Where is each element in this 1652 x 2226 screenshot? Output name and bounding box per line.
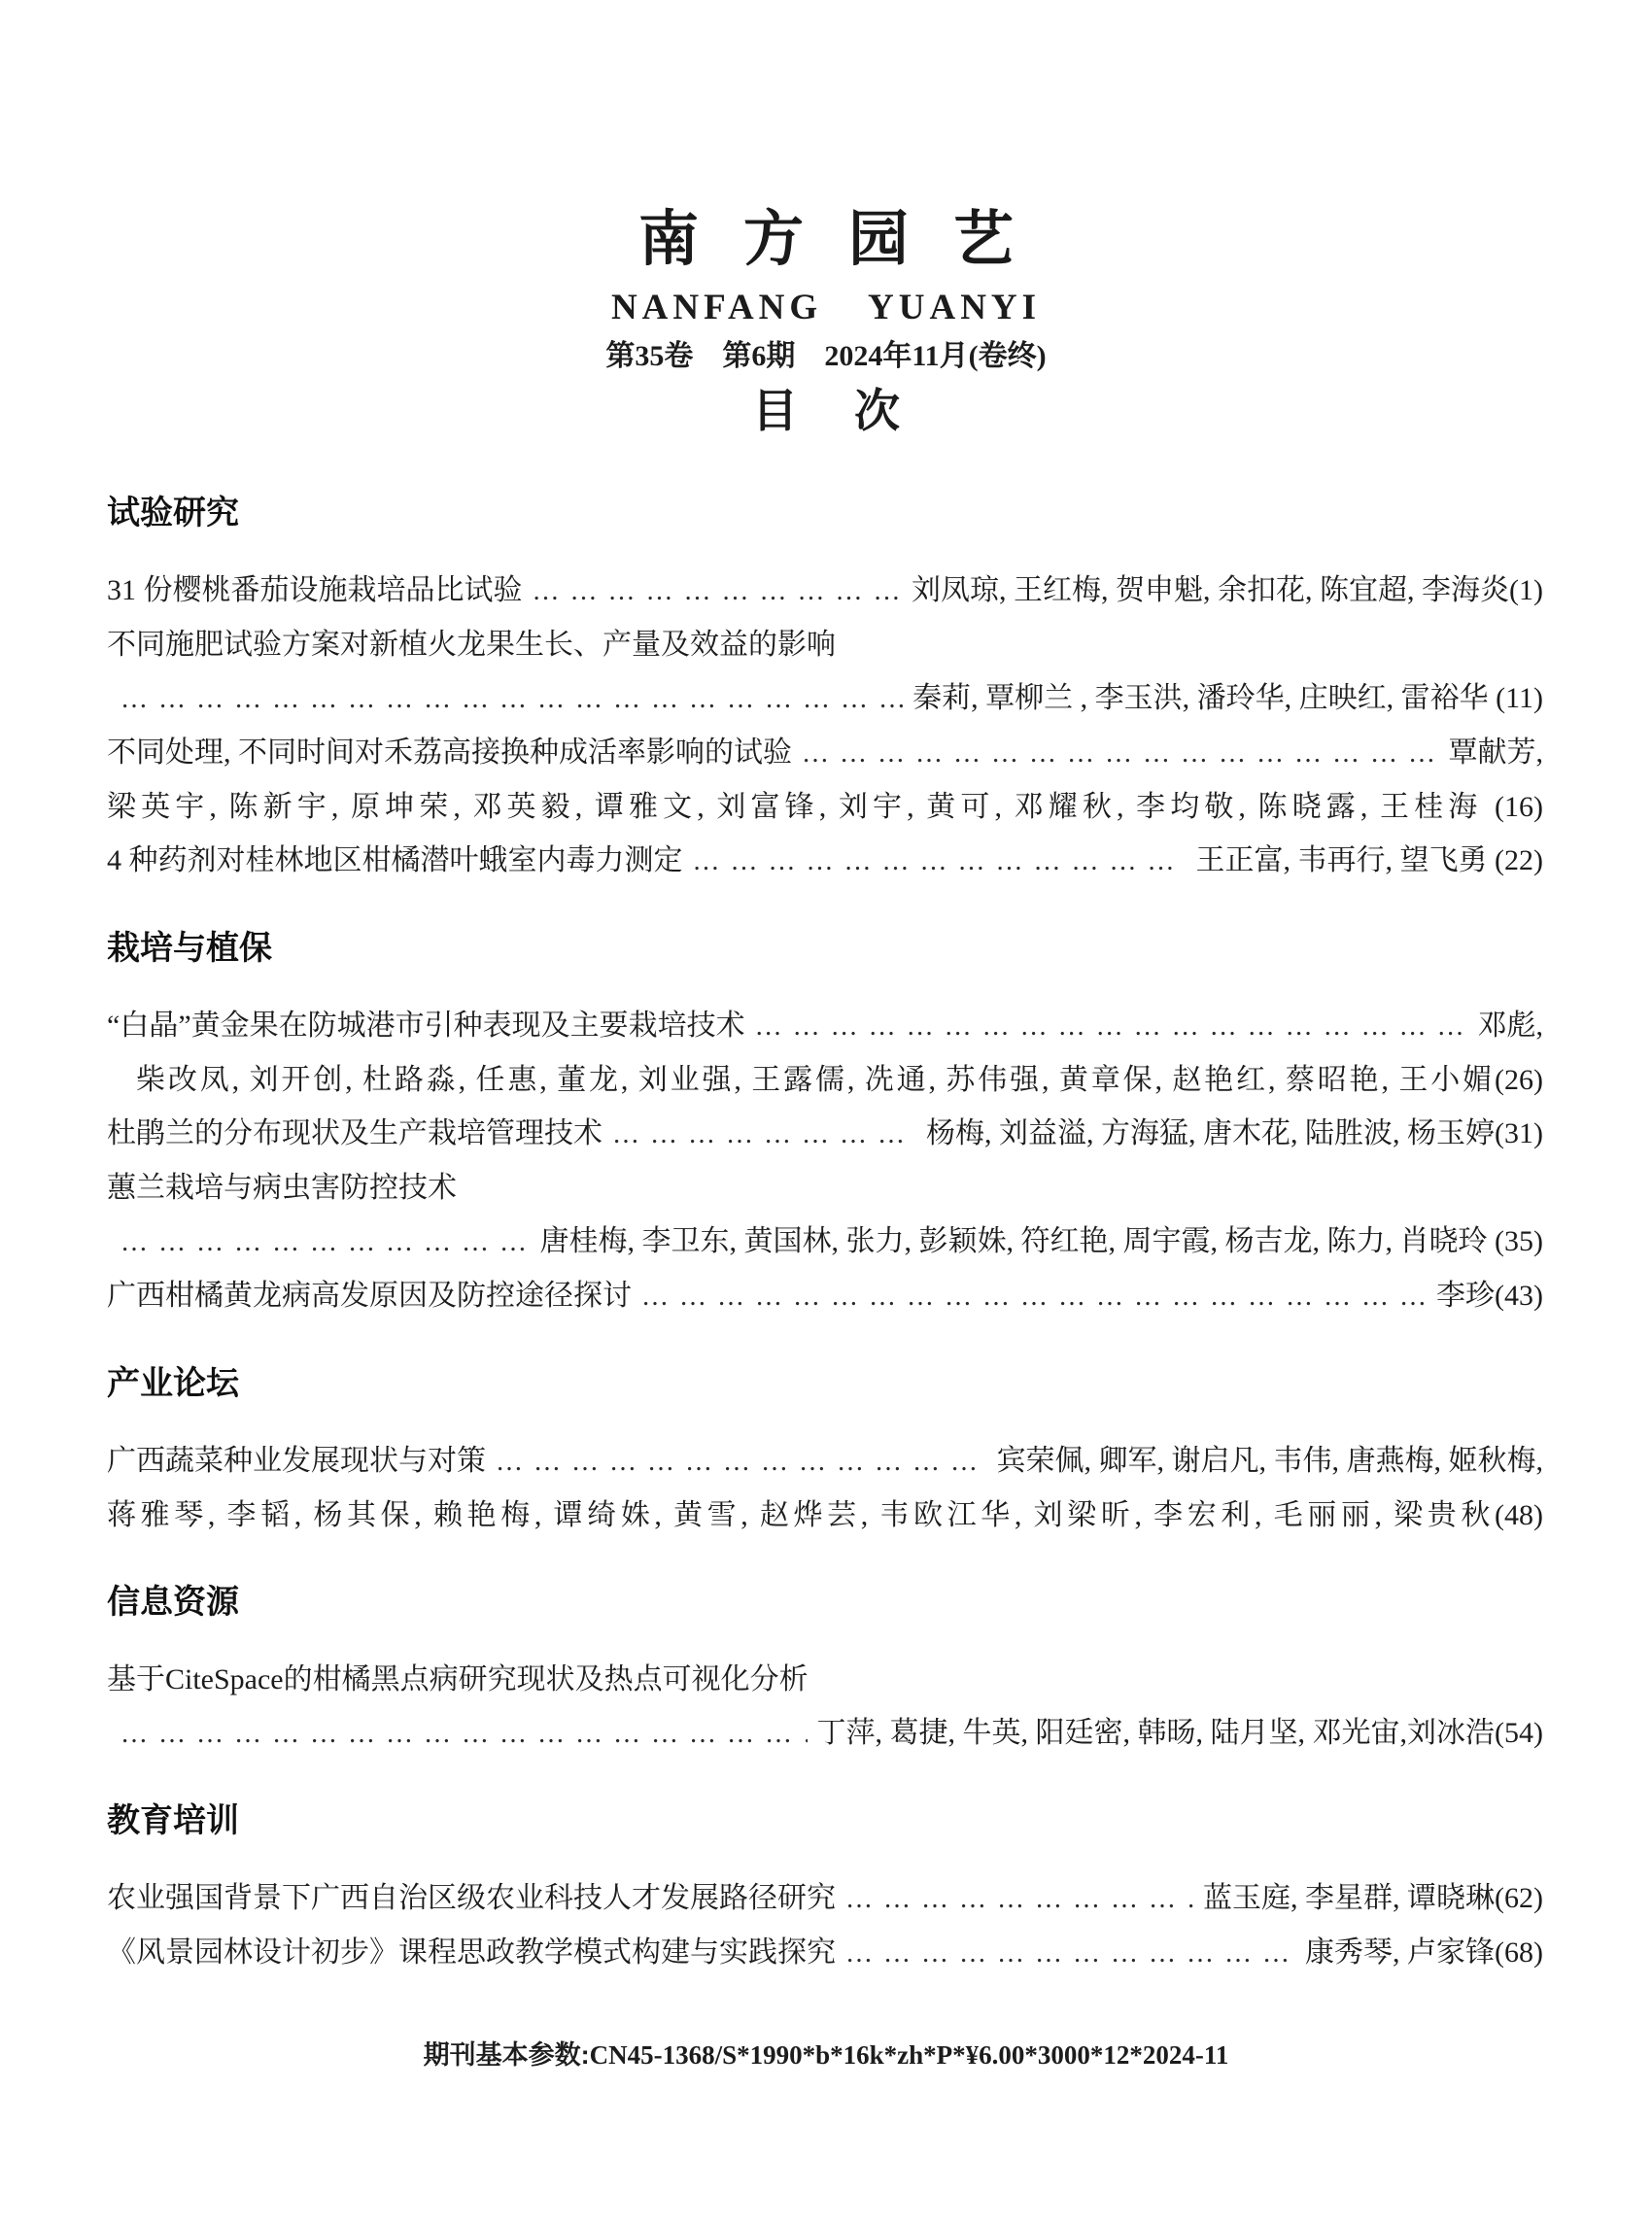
toc-entry: 广西蔬菜种业发展现状与对策… … … … … … … … … … … … … …… <box>107 1434 1543 1489</box>
article-authors-line: 梁英宇, 陈新宇, 原坤荣, 邓英毅, 谭雅文, 刘富锋, 刘宇, 黄可, 邓耀… <box>107 780 1543 834</box>
toc-entry-continuation: … … … … … … … … … … … … … … … … … … … … … <box>107 1215 1543 1269</box>
toc-title: 目次 <box>0 383 1652 439</box>
section-heading: 教育培训 <box>107 1799 1543 1842</box>
dot-leader: … … … … … … … … … … … … … … … … … … … … … <box>533 565 903 618</box>
toc-entry-continuation: … … … … … … … … … … … … … … … … … … … … … <box>107 671 1543 726</box>
journal-title-en: NANFANG YUANYI <box>0 288 1652 328</box>
dot-leader: … … … … … … … … … … … … … … … … … … … … … <box>641 1270 1427 1323</box>
dot-leader: … … … … … … … … … … … … … … … … … … … … … <box>120 1707 808 1761</box>
journal-header: 南方园艺 NANFANG YUANYI 第35卷 第6期 2024年11月(卷终… <box>0 0 1652 439</box>
article-title-line: 不同施肥试验方案对新植火龙果生长、产量及效益的影响 <box>107 618 1543 671</box>
footer-value: CN45-1368/S*1990*b*16k*zh*P*¥6.00*3000*1… <box>590 2040 1229 2070</box>
article-title: “白晶”黄金果在防城港市引种表现及主要栽培技术 <box>107 999 745 1052</box>
footer-label: 期刊基本参数: <box>424 2040 590 2070</box>
toc-entry: 31 份樱桃番茄设施栽培品比试验… … … … … … … … … … … … … <box>107 564 1543 618</box>
article-title: 广西柑橘黄龙病高发原因及防控途径探讨 <box>107 1269 632 1322</box>
dot-leader: … … … … … … … … … … … … … … … … … … … … … <box>802 727 1439 780</box>
issue-line: 第35卷 第6期 2024年11月(卷终) <box>0 338 1652 375</box>
article-title-line: 基于CiteSpace的柑橘黑点病研究现状及热点可视化分析 <box>107 1653 1543 1706</box>
toc-section: 教育培训农业强国背景下广西自治区级农业科技人才发展路径研究… … … … … …… <box>107 1799 1543 1980</box>
article-title: 4 种药剂对桂林地区柑橘潜叶蛾室内毒力测定 <box>107 834 683 887</box>
article-authors: 邓彪, <box>1478 999 1544 1052</box>
section-heading: 产业论坛 <box>107 1362 1543 1405</box>
article-title: 杜鹃兰的分布现状及生产栽培管理技术 <box>107 1107 602 1160</box>
toc-entry: 《风景园林设计初步》课程思政教学模式构建与实践探究… … … … … … … …… <box>107 1926 1543 1980</box>
dot-leader: … … … … … … … … … … … … … … … … … … … … … <box>755 1000 1468 1053</box>
dot-leader: … … … … … … … … … … … … … … … … … … … … … <box>496 1435 987 1489</box>
article-authors: 宾荣佩, 卿军, 谢启凡, 韦伟, 唐燕梅, 姬秋梅, <box>997 1434 1544 1488</box>
toc-entry-continuation: … … … … … … … … … … … … … … … … … … … … … <box>107 1706 1543 1761</box>
toc-entry: 4 种药剂对桂林地区柑橘潜叶蛾室内毒力测定… … … … … … … … … …… <box>107 834 1543 888</box>
toc-entry: 农业强国背景下广西自治区级农业科技人才发展路径研究… … … … … … … …… <box>107 1871 1543 1926</box>
article-authors: 刘凤琼, 王红梅, 贺申魁, 余扣花, 陈宜超, 李海炎(1) <box>912 564 1543 617</box>
toc-section: 信息资源基于CiteSpace的柑橘黑点病研究现状及热点可视化分析… … … …… <box>107 1581 1543 1761</box>
dot-leader: … … … … … … … … … … … … … … … … … … … … … <box>120 1216 531 1269</box>
article-title: 广西蔬菜种业发展现状与对策 <box>107 1434 486 1488</box>
dot-leader: … … … … … … … … … … … … … … … … … … … … … <box>120 672 903 726</box>
section-heading: 信息资源 <box>107 1581 1543 1624</box>
article-authors-line: 蒋雅琴, 李韬, 杨其保, 赖艳梅, 谭绮姝, 黄雪, 赵烨芸, 韦欧江华, 刘… <box>107 1489 1543 1542</box>
journal-toc-page: 南方园艺 NANFANG YUANYI 第35卷 第6期 2024年11月(卷终… <box>0 0 1652 2226</box>
journal-parameters-footer: 期刊基本参数:CN45-1368/S*1990*b*16k*zh*P*¥6.00… <box>0 2038 1652 2072</box>
section-heading: 试验研究 <box>107 492 1543 534</box>
article-authors: 蓝玉庭, 李星群, 谭晓琳(62) <box>1203 1871 1543 1925</box>
article-authors: 覃献芳, <box>1449 726 1544 779</box>
toc-entry: 不同处理, 不同时间对禾荔高接换种成活率影响的试验… … … … … … … …… <box>107 726 1543 780</box>
toc-entry: 杜鹃兰的分布现状及生产栽培管理技术… … … … … … … … … … … …… <box>107 1107 1543 1161</box>
toc-section: 试验研究31 份樱桃番茄设施栽培品比试验… … … … … … … … … … … <box>107 492 1543 888</box>
article-authors: 李珍(43) <box>1436 1269 1543 1322</box>
article-authors: 秦莉, 覃柳兰 , 李玉洪, 潘玲华, 庄映红, 雷裕华 (11) <box>912 671 1543 725</box>
article-title-line: 蕙兰栽培与病虫害防控技术 <box>107 1161 1543 1215</box>
article-authors: 丁萍, 葛捷, 牛英, 阳廷密, 韩旸, 陆月坚, 邓光宙,刘冰浩(54) <box>817 1706 1543 1760</box>
toc-body: 试验研究31 份樱桃番茄设施栽培品比试验… … … … … … … … … … … <box>0 439 1652 1980</box>
section-heading: 栽培与植保 <box>107 927 1543 970</box>
article-title: 不同处理, 不同时间对禾荔高接换种成活率影响的试验 <box>107 726 792 779</box>
article-title: 《风景园林设计初步》课程思政教学模式构建与实践探究 <box>107 1926 836 1979</box>
toc-section: 产业论坛广西蔬菜种业发展现状与对策… … … … … … … … … … … …… <box>107 1362 1543 1542</box>
article-title: 农业强国背景下广西自治区级农业科技人才发展路径研究 <box>107 1871 836 1925</box>
article-authors-line: 柴改凤, 刘开创, 杜路淼, 任惠, 董龙, 刘业强, 王露儒, 冼通, 苏伟强… <box>107 1053 1543 1107</box>
article-authors: 杨梅, 刘益溢, 方海猛, 唐木花, 陆胜波, 杨玉婷(31) <box>926 1107 1543 1160</box>
article-authors: 唐桂梅, 李卫东, 黄国林, 张力, 彭颖姝, 符红艳, 周宇霞, 杨吉龙, 陈… <box>540 1215 1543 1268</box>
article-authors: 康秀琴, 卢家锋(68) <box>1305 1926 1543 1979</box>
article-title: 31 份樱桃番茄设施栽培品比试验 <box>107 564 523 617</box>
dot-leader: … … … … … … … … … … … … … … … … … … … … … <box>845 1872 1193 1926</box>
journal-title-cn: 南方园艺 <box>0 206 1652 274</box>
dot-leader: … … … … … … … … … … … … … … … … … … … … … <box>612 1108 916 1161</box>
article-authors: 王正富, 韦再行, 望飞勇 (22) <box>1196 834 1543 887</box>
dot-leader: … … … … … … … … … … … … … … … … … … … … … <box>845 1927 1295 1980</box>
toc-entry: “白晶”黄金果在防城港市引种表现及主要栽培技术… … … … … … … … …… <box>107 999 1543 1053</box>
toc-section: 栽培与植保“白晶”黄金果在防城港市引种表现及主要栽培技术… … … … … … … <box>107 927 1543 1323</box>
dot-leader: … … … … … … … … … … … … … … … … … … … … … <box>693 835 1187 888</box>
toc-entry: 广西柑橘黄龙病高发原因及防控途径探讨… … … … … … … … … … … … <box>107 1269 1543 1323</box>
